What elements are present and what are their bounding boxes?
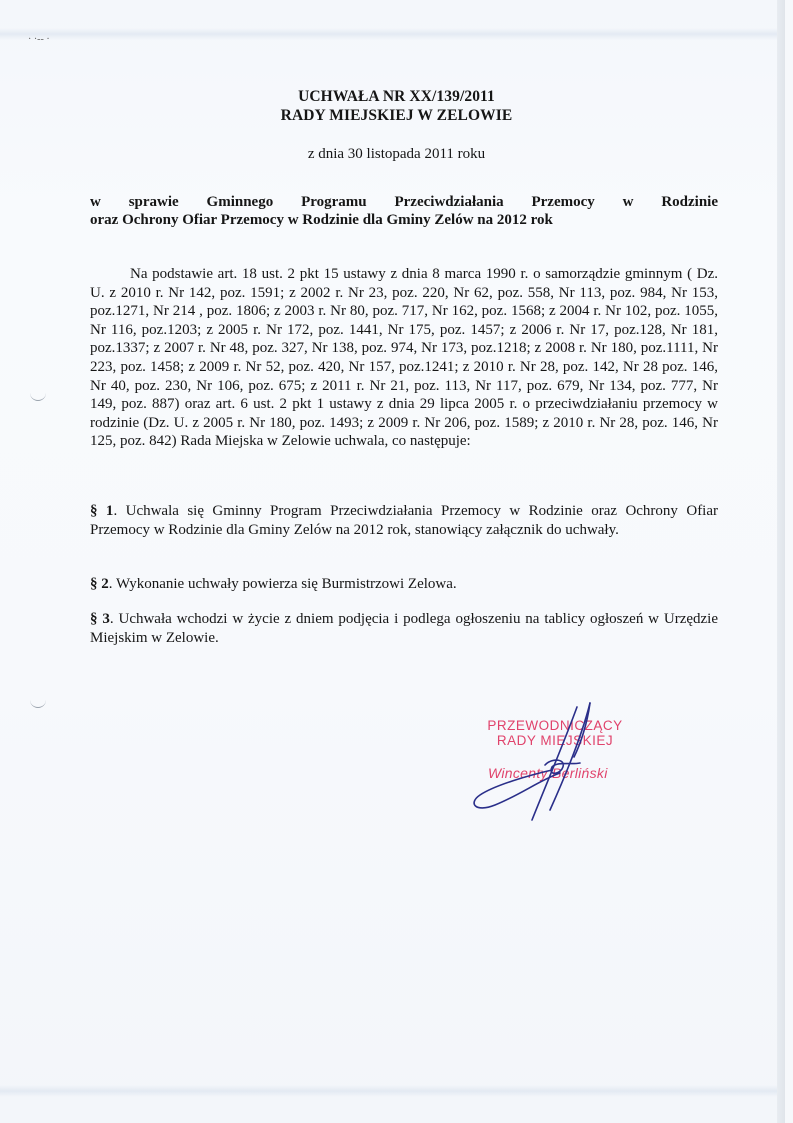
scan-speck: · ·‐‐ ·: [28, 38, 58, 42]
subject-line-2: oraz Ochrony Ofiar Przemocy w Rodzinie d…: [90, 211, 718, 229]
council-name: RADY MIEJSKIEJ W ZELOWIE: [0, 107, 793, 125]
resolution-number: UCHWAŁA NR XX/139/2011: [0, 88, 793, 106]
scan-edge: [777, 0, 785, 1123]
paragraph-2: § 2. Wykonanie uchwały powierza się Burm…: [90, 575, 718, 594]
preamble-text: Na podstawie art. 18 ust. 2 pkt 15 ustaw…: [90, 266, 718, 449]
punch-hole-mark: [30, 390, 46, 401]
scan-artifact-band: [0, 1085, 785, 1097]
paragraph-mark: § 1: [90, 503, 113, 519]
paragraph-3: § 3. Uchwała wchodzi w życie z dniem pod…: [90, 610, 718, 647]
handwritten-signature: [440, 695, 660, 825]
resolution-subject: w sprawie Gminnego Programu Przeciwdział…: [90, 193, 718, 229]
subject-line-1: w sprawie Gminnego Programu Przeciwdział…: [90, 193, 718, 211]
paragraph-text: . Uchwała wchodzi w życie z dniem podjęc…: [90, 611, 718, 646]
punch-hole-mark: [30, 697, 46, 708]
scan-artifact-band: [0, 28, 785, 40]
paragraph-text: . Uchwala się Gminny Program Przeciwdzia…: [90, 503, 718, 538]
resolution-date: z dnia 30 listopada 2011 roku: [0, 146, 793, 163]
legal-basis-preamble: Na podstawie art. 18 ust. 2 pkt 15 ustaw…: [90, 265, 718, 451]
paragraph-mark: § 2: [90, 576, 109, 592]
paragraph-mark: § 3: [90, 611, 110, 627]
scanned-page: · ·‐‐ · UCHWAŁA NR XX/139/2011 RADY MIEJ…: [0, 0, 785, 1123]
paragraph-text: . Wykonanie uchwały powierza się Burmist…: [109, 576, 457, 592]
paragraph-1: § 1. Uchwala się Gminny Program Przeciwd…: [90, 502, 718, 539]
